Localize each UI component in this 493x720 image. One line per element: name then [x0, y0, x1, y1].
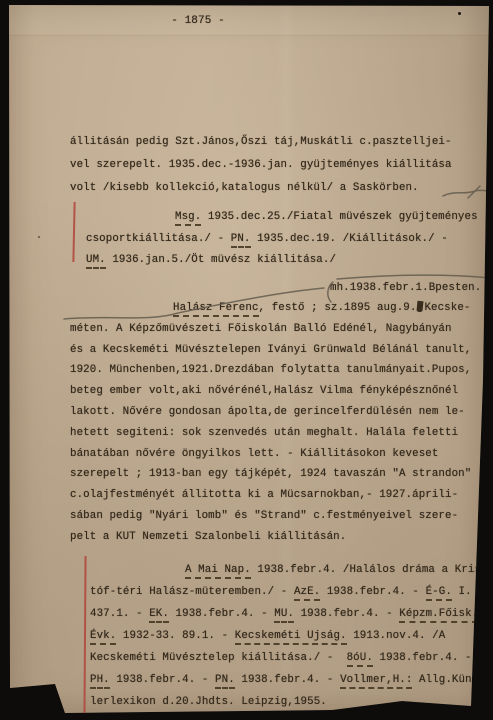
- underlined-abbreviation: A Mai Nap.: [185, 564, 251, 579]
- underlined-abbreviation: Képzm.Főisk.: [399, 608, 478, 623]
- paragraph-exhibitions: állitásán pedig Szt.János,Őszi táj,Muská…: [70, 131, 452, 200]
- typescript-line: Halász Ferenc, festő ; sz.1895 aug.9.Kec…: [70, 298, 471, 319]
- typescript-line: sában pedig "Nyári lomb" és "Strand" c.f…: [70, 506, 471, 527]
- typescript-line: Msg. 1935.dec.25./Fiatal müvészek gyüjte…: [86, 207, 478, 229]
- page-number: - 1875 -: [156, 15, 240, 27]
- ink-speck: [458, 12, 461, 15]
- overstrike-blot: [417, 301, 424, 312]
- ink-speck: [38, 236, 40, 238]
- typescript-line: és a Kecskeméti Müvésztelepen Iványi Grü…: [70, 340, 471, 361]
- typescript-line: tóf-téri Halász-müteremben./ - AzE. 1938…: [90, 581, 491, 603]
- typescript-line: méten. A Képzőmüvészeti Főiskolán Balló …: [70, 319, 471, 340]
- typescript-line: vel szerepelt. 1935.dec.-1936.jan. gyüjt…: [70, 154, 452, 177]
- underlined-abbreviation: Kecskeméti Ujság.: [235, 630, 347, 645]
- underlined-abbreviation: Msg.: [175, 211, 201, 226]
- underlined-abbreviation: PN.: [215, 674, 235, 689]
- press-references-1938: A Mai Nap. 1938.febr.4. /Halálos dráma a…: [90, 559, 491, 713]
- pencil-top-arc: [337, 275, 489, 279]
- typescript-line: lerlexikon d.20.Jhdts. Leipzig,1955.: [90, 691, 491, 713]
- press-references-1935: Msg. 1935.dec.25./Fiatal müvészek gyüjte…: [86, 207, 478, 272]
- underlined-abbreviation: Évk.: [90, 630, 116, 645]
- biography-halasz-ferenc: Halász Ferenc, festő ; sz.1895 aug.9.Kec…: [70, 298, 471, 548]
- scanned-document-page: { "colors":{"paper":"#c2ae94","ink":"#32…: [0, 0, 493, 720]
- typescript-line: hetett segiteni: sok szenvedés után megh…: [70, 423, 471, 444]
- typescript-line: 437.1. - EK. 1938.febr.4. - MU. 1938.feb…: [90, 603, 491, 625]
- typescript-line: Kecskeméti Müvésztelep kiállitása./ - 8ó…: [90, 647, 491, 669]
- typescript-line: pelt a KUT Nemzeti Szalonbeli kiállitásá…: [70, 527, 471, 548]
- paper-sheet: - 1875 - állitásán pedig Szt.János,Őszi …: [0, 0, 493, 720]
- underlined-abbreviation: É-G.: [426, 586, 452, 601]
- typescript-line: állitásán pedig Szt.János,Őszi táj,Muská…: [70, 131, 452, 154]
- typescript-line: szerepelt ; 1913-ban egy tájképét, 1924 …: [70, 464, 471, 485]
- pencil-close-paren: [486, 277, 492, 301]
- pencil-scribble-cross: [468, 186, 480, 198]
- underlined-abbreviation: EK.: [149, 608, 169, 623]
- typescript-line: A Mai Nap. 1938.febr.4. /Halálos dráma a…: [90, 559, 491, 581]
- typescript-line: csoportkiállitása./ - PN. 1935.dec.19. /…: [86, 229, 478, 251]
- underlined-abbreviation: Halász Ferenc: [173, 302, 259, 317]
- red-margin-line-top: [72, 202, 75, 262]
- typescript-line: c.olajfestményét állitotta ki a Mücsarno…: [70, 485, 471, 506]
- underlined-abbreviation: AzE.: [294, 586, 320, 601]
- underlined-abbreviation: 8óU.: [347, 652, 373, 667]
- typescript-line: bánatában nővére öngyilkos lett. - Kiáll…: [70, 444, 471, 465]
- typescript-line: lakott. Nővére gondosan ápolta,de gerinc…: [70, 402, 471, 423]
- typescript-line: UM. 1936.jan.5./Öt müvész kiállitása./: [86, 250, 478, 272]
- underlined-abbreviation: PN.: [231, 233, 251, 248]
- underlined-abbreviation: PH.: [90, 674, 110, 689]
- typescript-line: PH. 1938.febr.4. - PN. 1938.febr.4. - Vo…: [90, 669, 491, 691]
- underlined-abbreviation: Vollmer,H.:: [340, 674, 412, 689]
- underlined-abbreviation: MU.: [274, 608, 294, 623]
- typescript-line: volt /kisebb kollekció,katalogus nélkül/…: [70, 177, 452, 200]
- red-margin-line-bottom: [83, 556, 86, 716]
- typescript-line: Évk. 1932-33. 89.1. - Kecskeméti Ujság. …: [90, 625, 491, 647]
- typescript-line: 1920. Münchenben,1921.Drezdában folytatt…: [70, 360, 471, 381]
- underlined-abbreviation: UM.: [86, 254, 106, 269]
- typescript-line: beteg ember volt,aki nővérénél,Halász Vi…: [70, 381, 471, 402]
- death-date-annotation: mh.1938.febr.1.Bpesten.: [330, 281, 481, 295]
